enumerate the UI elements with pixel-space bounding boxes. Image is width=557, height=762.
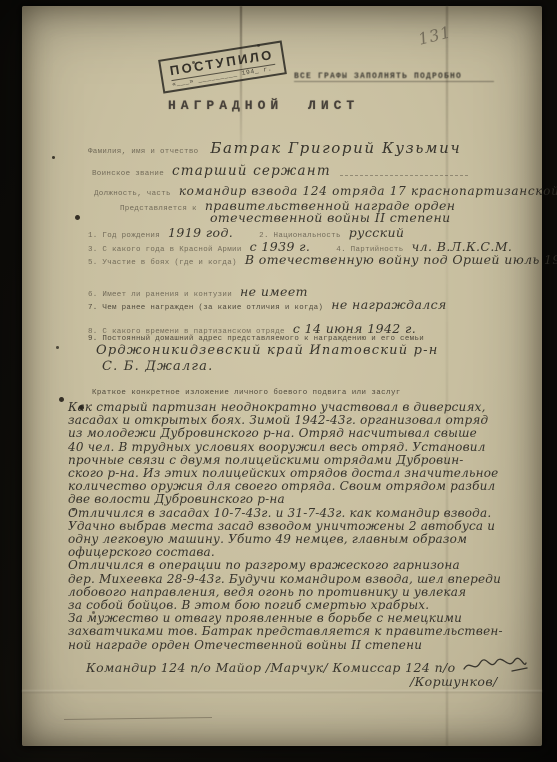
field-birth-year-value: 1919 год. (168, 225, 233, 240)
feat-line: две волости Дубровинского р-на (68, 493, 540, 506)
field-prev-awards-label: 7. Чем ранее награжден (за какие отличия… (88, 304, 323, 312)
field-rank-value: старший сержант (172, 163, 331, 179)
field-rank-label: Воинское звание (92, 170, 164, 178)
feat-line: 40 чел. В трудных условиях вооружил весь… (68, 441, 540, 454)
field-address-label: 9. Постоянный домашний адрес представляе… (88, 335, 528, 343)
field-name: Фамилия, имя и отчество Батрак Григорий … (88, 139, 461, 157)
field-position-value: командир взвода 124 отряда 17 краснопарт… (179, 184, 557, 198)
received-stamp: ПОСТУПИЛО «___» _________ 194_ г. (158, 40, 287, 93)
field-partisan-since-value: с 14 июня 1942 г. (293, 321, 416, 336)
field-rank: Воинское звание старший сержант (92, 163, 331, 179)
feat-line: Отличился в засадах 10-7-43г. и 31-7-43г… (68, 507, 540, 520)
field-battles: 5. Участие в боях (где и когда) В отечес… (88, 252, 557, 267)
photo-background: 131 ПОСТУПИЛО «___» _________ 194_ г. Вс… (0, 0, 557, 762)
fold-crease-horizontal (22, 690, 542, 693)
feat-line: Отличился в операции по разгрому вражеск… (68, 559, 540, 572)
field-position: Должность, часть командир взвода 124 отр… (94, 184, 557, 198)
instruction-stamp: Все графы заполнять подробно (294, 72, 494, 82)
field-nationality-value: русский (349, 225, 405, 240)
feat-line: дер. Михеевка 28-9-43г. Будучи командиро… (68, 573, 540, 586)
signature-line2: /Коршунков/ (410, 674, 498, 689)
pencil-mark (64, 717, 212, 720)
field-prev-awards-value: не награждался (331, 297, 446, 312)
field-partisan-since: 8. С какого времени в партизанском отряд… (88, 321, 416, 336)
feat-description: Как старый партизан неоднократно участво… (68, 401, 540, 652)
field-birth-nationality: 1. Год рождения 1919 год. 2. Национально… (88, 225, 404, 240)
field-battles-value: В отечественную войну под Оршей июль 194… (245, 252, 557, 267)
document-title: НАГРАДНОЙ ЛИСТ (168, 98, 359, 113)
field-position-label: Должность, часть (94, 190, 171, 198)
field-prev-awards: 7. Чем ранее награжден (за какие отличия… (88, 297, 447, 312)
feat-line: ной награде орден Отечественной войны II… (68, 639, 540, 652)
field-nomination-label: Представляется к (120, 205, 197, 213)
field-battles-label: 5. Участие в боях (где и когда) (88, 259, 237, 267)
field-name-label: Фамилия, имя и отчество (88, 148, 198, 156)
faded-rule (340, 175, 468, 176)
field-address-value-line1: Орджоникидзевский край Ипатовский р-н (96, 343, 439, 358)
feat-line: захватчиками тов. Батрак представляется … (68, 625, 540, 638)
field-nomination-value-line2: отечественной войны II степени (210, 210, 451, 225)
paper-speck (52, 156, 55, 159)
signature-line1: Командир 124 п/о Майор /Марчук/ Комиссар… (86, 660, 456, 675)
document-paper: 131 ПОСТУПИЛО «___» _________ 194_ г. Вс… (22, 6, 542, 746)
feat-section-header: Краткое конкретное изложение личного бое… (92, 389, 401, 397)
field-name-value: Батрак Григорий Кузьмич (210, 139, 461, 157)
field-address-value-line2: С. Б. Джалга. (102, 359, 213, 374)
feat-line: из молодежи Дубровинского р-на. Отряд на… (68, 427, 540, 440)
